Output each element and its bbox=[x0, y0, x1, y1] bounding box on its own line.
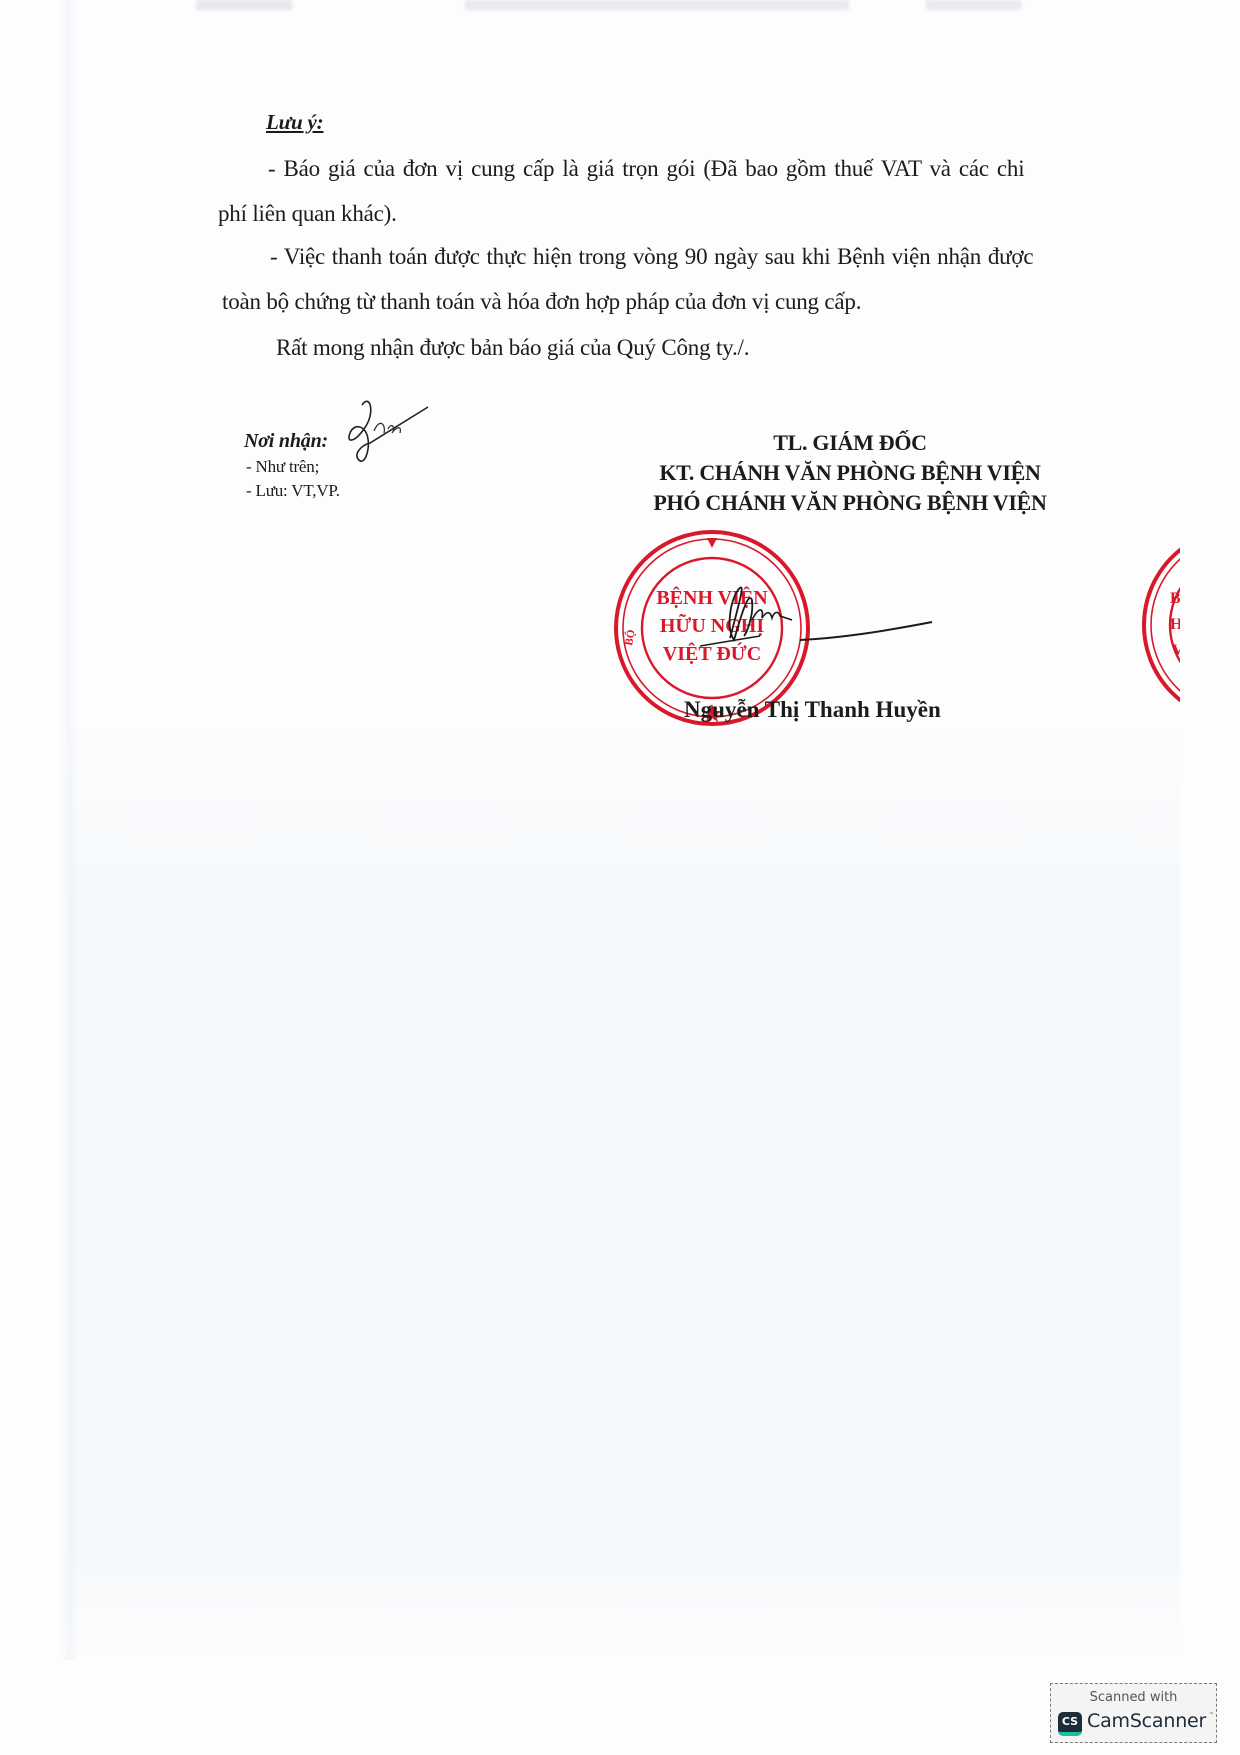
partial-stamp-edge: BỆ HỮ V bbox=[1140, 525, 1180, 725]
note-payment: - Việc thanh toán được thực hiện trong v… bbox=[270, 244, 1033, 270]
signature-title-line3: PHÓ CHÁNH VĂN PHÒNG BỆNH VIỆN bbox=[580, 488, 1120, 518]
signature-title-line1: TL. GIÁM ĐỐC bbox=[580, 428, 1120, 458]
partial-stamp-line1: BỆ bbox=[1170, 589, 1180, 607]
signature-title-line2: KT. CHÁNH VĂN PHÒNG BỆNH VIỆN bbox=[580, 458, 1120, 488]
signature-block: TL. GIÁM ĐỐC KT. CHÁNH VĂN PHÒNG BỆNH VI… bbox=[580, 428, 1120, 518]
stamp-text-line2: HỮU NGHỊ bbox=[660, 613, 764, 637]
stamp-text-line1: BỆNH VIỆN bbox=[656, 586, 768, 609]
camscanner-logo-icon: CS bbox=[1058, 1712, 1082, 1736]
initials-signature bbox=[340, 395, 440, 475]
recipient-item: - Lưu: VT,VP. bbox=[246, 481, 340, 501]
recipients-title: Nơi nhận: bbox=[244, 430, 328, 453]
partial-stamp-line3: V bbox=[1172, 642, 1180, 659]
trademark-symbol: ™ bbox=[1209, 1712, 1214, 1718]
note-payment-continued: toàn bộ chứng từ thanh toán và hóa đơn h… bbox=[222, 289, 861, 315]
partial-stamp-line2: HỮ bbox=[1170, 613, 1180, 633]
signer-name: Nguyễn Thị Thanh Huyền bbox=[684, 697, 941, 723]
stamp-text-line3: VIỆT ĐỨC bbox=[663, 641, 761, 665]
note-pricing-continued: phí liên quan khác). bbox=[218, 201, 397, 227]
watermark-caption: Scanned with bbox=[1051, 1690, 1216, 1705]
stamp-side-text: BỘ bbox=[622, 628, 638, 646]
closing-sentence: Rất mong nhận được bản báo giá của Quý C… bbox=[276, 335, 749, 361]
watermark-brand: CamScanner bbox=[1087, 1710, 1206, 1732]
page-edge-shadow bbox=[60, 0, 78, 1660]
notes-title: Lưu ý: bbox=[266, 110, 323, 135]
camscanner-watermark: Scanned with CS CamScanner ™ bbox=[1050, 1683, 1217, 1743]
previous-page-bleed bbox=[100, 0, 1060, 10]
recipient-item: - Như trên; bbox=[246, 457, 319, 477]
note-pricing: - Báo giá của đơn vị cung cấp là giá trọ… bbox=[268, 156, 1024, 182]
scan-background-texture bbox=[70, 720, 1180, 1660]
